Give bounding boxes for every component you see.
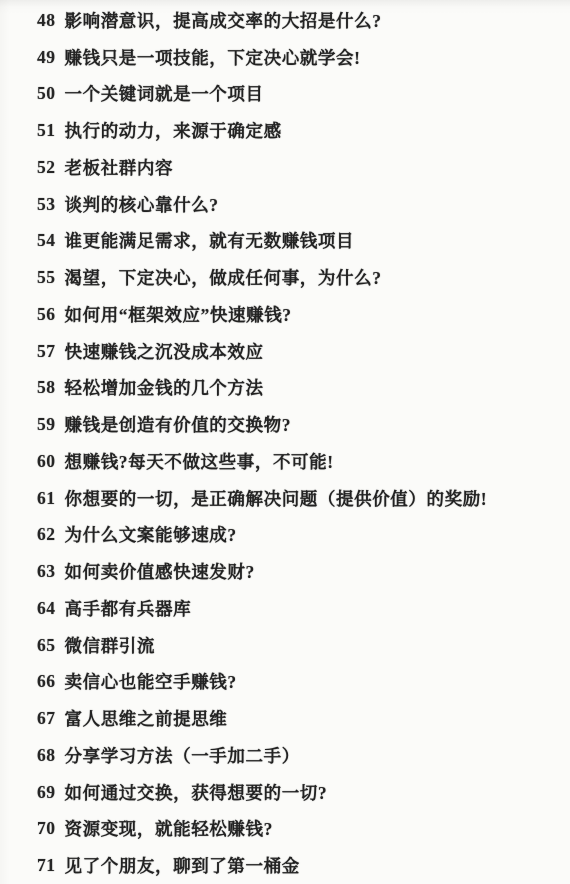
item-title: 谁更能满足需求，就有无数赚钱项目 [65, 228, 355, 253]
item-number: 55 [37, 267, 56, 288]
list-item: 52 老板社群内容 [37, 149, 570, 186]
item-title: 富人思维之前提思维 [65, 706, 228, 731]
list-item: 50 一个关键词就是一个项目 [37, 76, 570, 113]
list-item: 63 如何卖价值感快速发财? [37, 553, 570, 590]
item-number: 62 [37, 524, 56, 545]
list-item: 61 你想要的一切，是正确解决问题（提供价值）的奖励! [37, 480, 570, 517]
item-number: 57 [37, 341, 56, 362]
title-list: 48 影响潜意识，提高成交率的大招是什么? 49 赚钱只是一项技能，下定决心就学… [37, 2, 570, 884]
list-item: 56 如何用“框架效应”快速赚钱? [37, 296, 570, 333]
item-number: 60 [37, 451, 56, 472]
item-title: 见了个朋友，聊到了第一桶金 [65, 853, 300, 878]
item-number: 54 [37, 230, 56, 251]
list-item: 57 快速赚钱之沉没成本效应 [37, 333, 570, 370]
item-title: 一个关键词就是一个项目 [65, 81, 264, 106]
list-item: 49 赚钱只是一项技能，下定决心就学会! [37, 39, 570, 76]
list-item: 66 卖信心也能空手赚钱? [37, 664, 570, 701]
item-number: 50 [37, 83, 56, 104]
item-number: 67 [37, 708, 56, 729]
list-item: 69 如何通过交换，获得想要的一切? [37, 774, 570, 811]
item-number: 63 [37, 561, 56, 582]
item-number: 61 [37, 488, 56, 509]
list-item: 53 谈判的核心靠什么? [37, 186, 570, 223]
item-title: 如何用“框架效应”快速赚钱? [65, 302, 292, 327]
item-title: 微信群引流 [65, 633, 156, 658]
item-title: 谈判的核心靠什么? [65, 192, 219, 217]
item-number: 70 [37, 818, 56, 839]
list-item: 54 谁更能满足需求，就有无数赚钱项目 [37, 223, 570, 260]
item-number: 66 [37, 671, 56, 692]
item-number: 69 [37, 782, 56, 803]
list-item: 65 微信群引流 [37, 627, 570, 664]
list-item: 71 见了个朋友，聊到了第一桶金 [37, 847, 570, 884]
item-title: 高手都有兵器库 [65, 596, 192, 621]
item-number: 71 [37, 855, 56, 876]
list-item: 64 高手都有兵器库 [37, 590, 570, 627]
item-title: 老板社群内容 [65, 155, 174, 180]
item-number: 48 [37, 10, 56, 31]
item-title: 渴望，下定决心，做成任何事，为什么? [65, 265, 382, 290]
list-item: 60 想赚钱?每天不做这些事，不可能! [37, 443, 570, 480]
item-number: 59 [37, 414, 56, 435]
item-title: 你想要的一切，是正确解决问题（提供价值）的奖励! [65, 486, 488, 511]
list-item: 67 富人思维之前提思维 [37, 700, 570, 737]
item-number: 56 [37, 304, 56, 325]
list-item: 68 分享学习方法（一手加二手） [37, 737, 570, 774]
item-number: 64 [37, 598, 56, 619]
item-number: 68 [37, 745, 56, 766]
item-title: 如何卖价值感快速发财? [65, 559, 255, 584]
list-item: 62 为什么文案能够速成? [37, 517, 570, 554]
item-title: 卖信心也能空手赚钱? [65, 669, 237, 694]
list-item: 55 渴望，下定决心，做成任何事，为什么? [37, 259, 570, 296]
list-item: 51 执行的动力，来源于确定感 [37, 112, 570, 149]
item-title: 如何通过交换，获得想要的一切? [65, 780, 328, 805]
item-title: 赚钱只是一项技能，下定决心就学会! [65, 45, 361, 70]
item-number: 58 [37, 377, 56, 398]
item-number: 52 [37, 157, 56, 178]
item-title: 轻松增加金钱的几个方法 [65, 375, 264, 400]
item-title: 赚钱是创造有价值的交换物? [65, 412, 292, 437]
item-number: 65 [37, 635, 56, 656]
item-title: 分享学习方法（一手加二手） [65, 743, 300, 768]
document-page: 48 影响潜意识，提高成交率的大招是什么? 49 赚钱只是一项技能，下定决心就学… [0, 0, 570, 884]
list-item: 59 赚钱是创造有价值的交换物? [37, 406, 570, 443]
item-title: 影响潜意识，提高成交率的大招是什么? [65, 8, 382, 33]
list-item: 48 影响潜意识，提高成交率的大招是什么? [37, 2, 570, 39]
item-title: 为什么文案能够速成? [65, 522, 237, 547]
item-title: 想赚钱?每天不做这些事，不可能! [65, 449, 334, 474]
item-number: 51 [37, 120, 56, 141]
item-number: 53 [37, 194, 56, 215]
item-title: 资源变现，就能轻松赚钱? [65, 816, 273, 841]
item-title: 快速赚钱之沉没成本效应 [65, 339, 264, 364]
list-item: 58 轻松增加金钱的几个方法 [37, 370, 570, 407]
item-title: 执行的动力，来源于确定感 [65, 118, 282, 143]
list-item: 70 资源变现，就能轻松赚钱? [37, 811, 570, 848]
item-number: 49 [37, 47, 56, 68]
